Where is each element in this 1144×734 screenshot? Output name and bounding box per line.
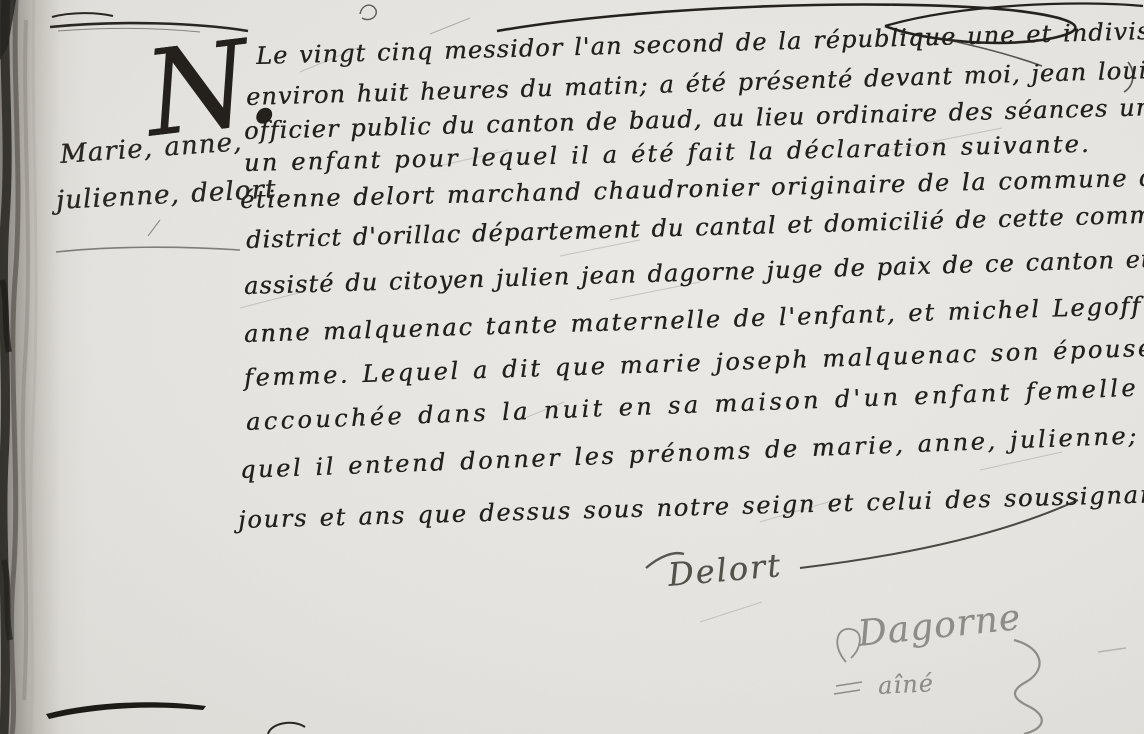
paper-grain xyxy=(0,0,1144,734)
document-scan: N. Marie, anne, julienne, delort. Le vin… xyxy=(0,0,1144,734)
